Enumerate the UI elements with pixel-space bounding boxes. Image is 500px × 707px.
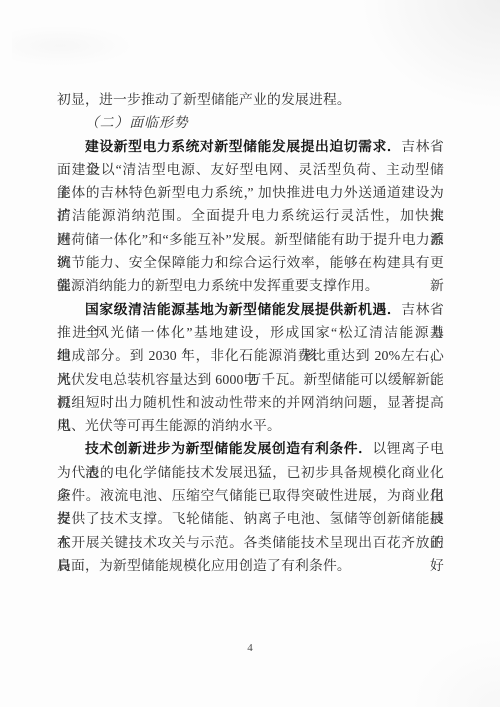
text-line: 技术创新进步为新型储能发展创造有利条件．以锂离子电池 [57, 437, 444, 460]
text-line: 建设新型电力系统对新型储能发展提出迫切需求．吉林省全 [57, 135, 444, 158]
text-line: 主体的吉林特色新型电力系统，加快推进电力外送通道建设、扩大 [57, 181, 444, 204]
text-line: 国家级清洁能源基地为新型储能发展提供新机遇．吉林省全力 [57, 298, 444, 321]
text-line: 网荷储一体化”和“多能互补”发展。新型储能有助于提升电力系统 [57, 228, 444, 251]
text-line: 组成部分。到 2030 年，非化石能源消费比重达到 20%左右，风电、 [57, 344, 444, 367]
text-line: 面建设以“清洁型电源、友好型电网、灵活型负荷、主动型储能”为 [57, 158, 444, 181]
text-line: 在开展关键技术攻关与示范。各类储能技术呈现出百花齐放的良好 [57, 531, 444, 554]
body-text: （二）面临形势 [85, 115, 189, 130]
text-line: 提供了技术支撑。飞轮储能、钠离子电池、氢储等创新储能技术正 [57, 507, 444, 530]
text-line: 初显，进一步推动了新型储能产业的发展进程。 [57, 88, 444, 111]
section-heading-line: （二）面临形势 [57, 111, 444, 134]
body-text: 局面，为新型储能规模化应用创造了有利条件。 [57, 558, 351, 573]
text-line: 调节能力、安全保障能力和综合运行效率，能够在构建具有更强新 [57, 251, 444, 274]
page-number: 4 [0, 642, 500, 654]
text-line: 电、光伏等可再生能源的消纳水平。 [57, 414, 444, 437]
text-line: 为代表的电化学储能技术发展迅猛，已初步具备规模化商业化应用 [57, 461, 444, 484]
scan-artifact-top-left [12, 26, 132, 66]
text-line: 光伏发电总装机容量达到 6000 万千瓦。新型储能可以缓解新能源 [57, 368, 444, 391]
text-line: 推进“风光储一体化”基地建设，形成国家“松辽清洁能源基地”核心 [57, 321, 444, 344]
bold-lead-text: 国家级清洁能源基地为新型储能发展提供新机遇． [85, 302, 401, 317]
text-line: 机组短时出力随机性和波动性带来的并网消纳问题，显著提高风 [57, 391, 444, 414]
bold-lead-text: 建设新型电力系统对新型储能发展提出迫切需求． [85, 139, 401, 154]
body-text: 能源消纳能力的新型电力系统中发挥重要支撑作用。 [57, 278, 379, 293]
document-page: 初显，进一步推动了新型储能产业的发展进程。（二）面临形势建设新型电力系统对新型储… [0, 0, 500, 707]
document-text-block: 初显，进一步推动了新型储能产业的发展进程。（二）面临形势建设新型电力系统对新型储… [57, 88, 444, 577]
text-line: 清洁能源消纳范围。全面提升电力系统运行灵活性，加快推进“源 [57, 204, 444, 227]
text-line: 条件。液流电池、压缩空气储能已取得突破性进展，为商业化发展 [57, 484, 444, 507]
body-text: 初显，进一步推动了新型储能产业的发展进程。 [57, 92, 351, 107]
body-text: 电、光伏等可再生能源的消纳水平。 [57, 418, 281, 433]
bold-lead-text: 技术创新进步为新型储能发展创造有利条件． [85, 441, 373, 456]
